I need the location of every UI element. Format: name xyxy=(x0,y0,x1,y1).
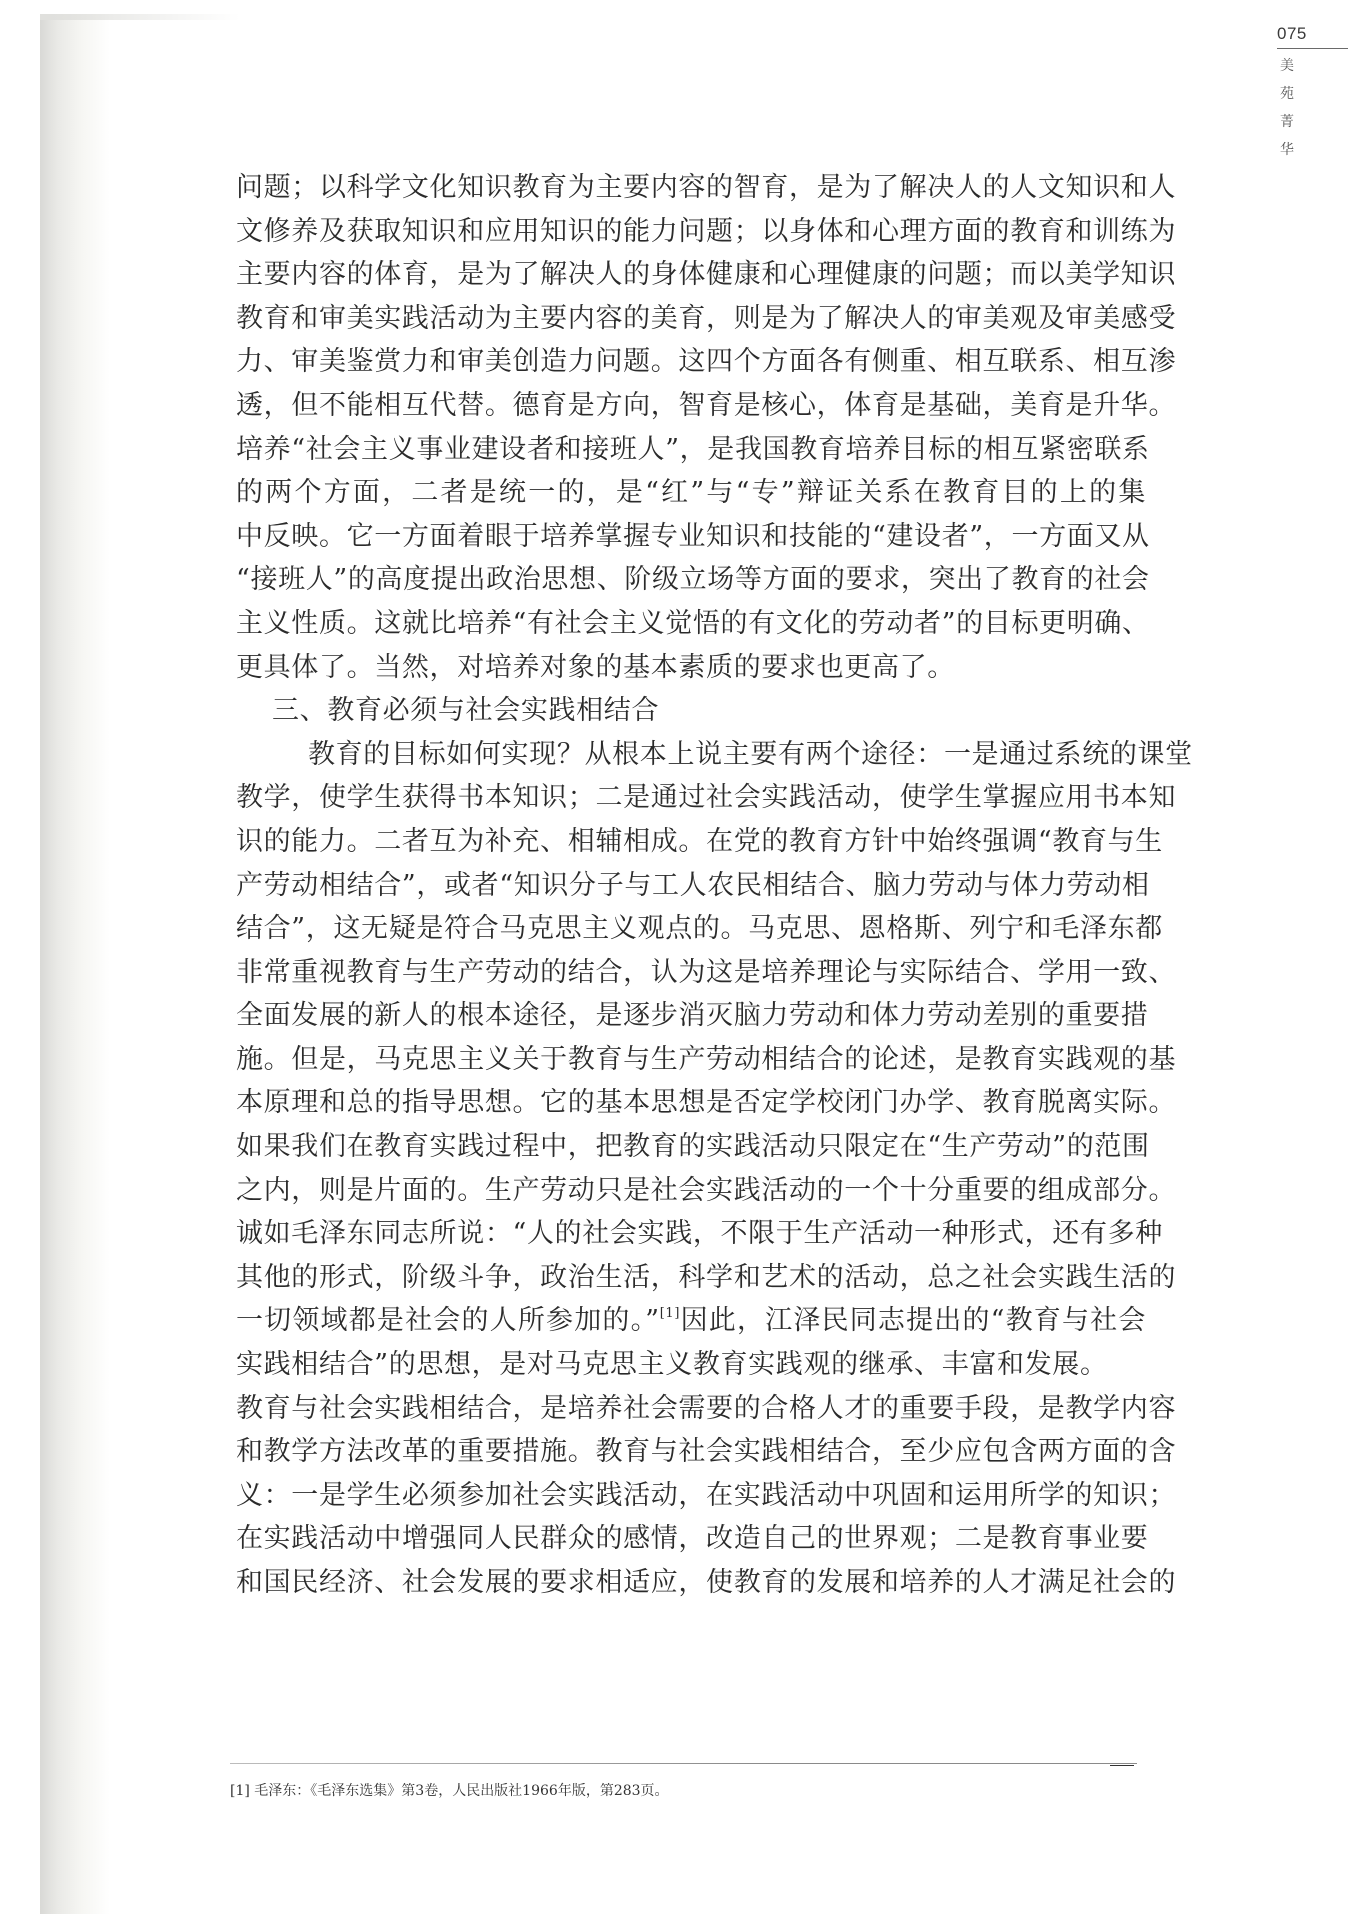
footnote-divider xyxy=(230,1763,1137,1764)
text-line: 培养“社会主义事业建设者和接班人”，是我国教育培养目标的相互紧密联系 xyxy=(236,428,1146,472)
text-line: 主要内容的体育，是为了解决人的身体健康和心理健康的问题；而以美学知识 xyxy=(236,253,1146,297)
body-text: 问题；以科学文化知识教育为主要内容的智育，是为了解决人的人文知识和人 文修养及获… xyxy=(236,166,1146,1605)
text-line: 教育的目标如何实现？从根本上说主要有两个途径：一是通过系统的课堂 xyxy=(236,733,1146,777)
text-line: “接班人”的高度提出政治思想、阶级立场等方面的要求，突出了教育的社会 xyxy=(236,558,1146,602)
text-line: 施。但是，马克思主义关于教育与生产劳动相结合的论述，是教育实践观的基 xyxy=(236,1038,1146,1082)
section-title-vertical: 美 苑 菁 华 xyxy=(1277,55,1297,161)
text-line: 之内，则是片面的。生产劳动只是社会实践活动的一个十分重要的组成部分。 xyxy=(236,1169,1146,1213)
text-line: 义：一是学生必须参加社会实践活动，在实践活动中巩固和运用所学的知识； xyxy=(236,1474,1146,1518)
text-line: 全面发展的新人的根本途径，是逐步消灭脑力劳动和体力劳动差别的重要措 xyxy=(236,994,1146,1038)
text-line: 力、审美鉴赏力和审美创造力问题。这四个方面各有侧重、相互联系、相互渗 xyxy=(236,340,1146,384)
text-line: 和国民经济、社会发展的要求相适应，使教育的发展和培养的人才满足社会的 xyxy=(236,1561,1146,1605)
text-line: 结合”，这无疑是符合马克思主义观点的。马克思、恩格斯、列宁和毛泽东都 xyxy=(236,907,1146,951)
text-line: 透，但不能相互代替。德育是方向，智育是核心，体育是基础，美育是升华。 xyxy=(236,384,1146,428)
section-heading: 三、教育必须与社会实践相结合 xyxy=(236,689,1146,733)
text-line: 中反映。它一方面着眼于培养掌握专业知识和技能的“建设者”，一方面又从 xyxy=(236,515,1146,559)
text-line: 教学，使学生获得书本知识；二是通过社会实践活动，使学生掌握应用书本知 xyxy=(236,776,1146,820)
text-continuation: 因此，江泽民同志提出的“教育与社会 xyxy=(680,1305,1146,1336)
section-title-char: 华 xyxy=(1277,139,1297,161)
text-line: 教育与社会实践相结合，是培养社会需要的合格人才的重要手段，是教学内容 xyxy=(236,1387,1146,1431)
page-number: 075 xyxy=(1277,24,1348,46)
text-line: 如果我们在教育实践过程中，把教育的实践活动只限定在“生产劳动”的范围 xyxy=(236,1125,1146,1169)
text-line: 主义性质。这就比培养“有社会主义觉悟的有文化的劳动者”的目标更明确、 xyxy=(236,602,1146,646)
footnote-1: [1] 毛泽东：《毛泽东选集》第3卷，人民出版社1966年版，第283页。 xyxy=(230,1782,669,1800)
text-line: 的两个方面，二者是统一的，是“红”与“专”辩证关系在教育目的上的集 xyxy=(236,471,1146,515)
section-title-char: 菁 xyxy=(1277,111,1297,133)
quote-end-text: 一切领域都是社会的人所参加的。” xyxy=(236,1305,660,1336)
footnote-divider-end xyxy=(1110,1765,1134,1766)
text-line: 其他的形式，阶级斗争，政治生活，科学和艺术的活动，总之社会实践生活的 xyxy=(236,1256,1146,1300)
page-binding-shadow xyxy=(40,14,110,1914)
page-top-edge xyxy=(40,14,240,20)
text-line: 识的能力。二者互为补充、相辅相成。在党的教育方针中始终强调“教育与生 xyxy=(236,820,1146,864)
text-line: 实践相结合”的思想，是对马克思主义教育实践观的继承、丰富和发展。 xyxy=(236,1343,1146,1387)
footnote-reference[interactable]: [1] xyxy=(660,1306,680,1321)
text-line: 产劳动相结合”，或者“知识分子与工人农民相结合、脑力劳动与体力劳动相 xyxy=(236,864,1146,908)
section-title-char: 苑 xyxy=(1277,83,1297,105)
running-head: 075 美 苑 菁 华 xyxy=(1277,24,1348,161)
text-line: 文修养及获取知识和应用知识的能力问题；以身体和心理方面的教育和训练为 xyxy=(236,210,1146,254)
text-line: 在实践活动中增强同人民群众的感情，改造自己的世界观；二是教育事业要 xyxy=(236,1517,1146,1561)
text-line: 问题；以科学文化知识教育为主要内容的智育，是为了解决人的人文知识和人 xyxy=(236,166,1146,210)
text-line: 教育和审美实践活动为主要内容的美育，则是为了解决人的审美观及审美感受 xyxy=(236,297,1146,341)
text-line: 更具体了。当然，对培养对象的基本素质的要求也更高了。 xyxy=(236,646,1146,690)
text-line: 一切领域都是社会的人所参加的。”[1]因此，江泽民同志提出的“教育与社会 xyxy=(236,1299,1146,1343)
text-line: 诚如毛泽东同志所说：“人的社会实践，不限于生产活动一种形式，还有多种 xyxy=(236,1212,1146,1256)
section-title-char: 美 xyxy=(1277,55,1297,77)
text-line: 非常重视教育与生产劳动的结合，认为这是培养理论与实际结合、学用一致、 xyxy=(236,951,1146,995)
text-line: 本原理和总的指导思想。它的基本思想是否定学校闭门办学、教育脱离实际。 xyxy=(236,1081,1146,1125)
text-line: 和教学方法改革的重要措施。教育与社会实践相结合，至少应包含两方面的含 xyxy=(236,1430,1146,1474)
header-rule xyxy=(1277,48,1348,49)
